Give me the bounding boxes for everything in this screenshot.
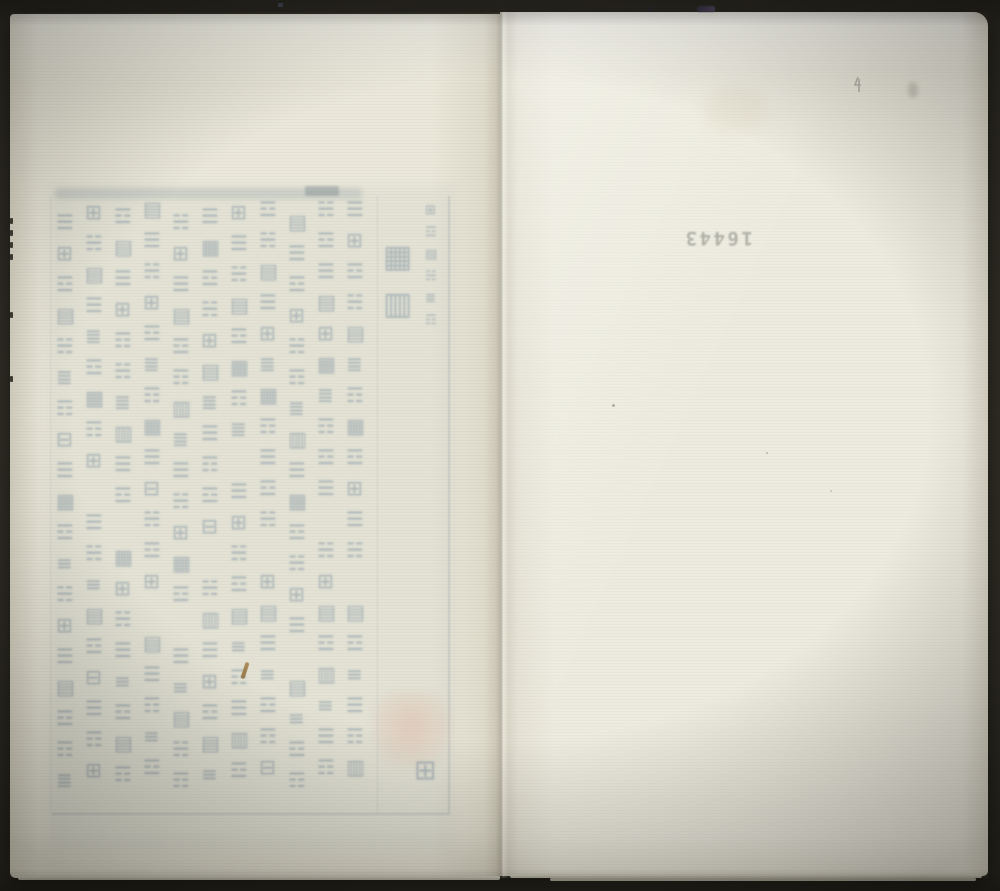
bleed-column: ☲▤☰⊞☶☵≣▥☰☲ ▦⊞☵☰≡☲▤☶ [114,201,140,812]
open-book: ⊞☲▤☵≣☶ ▦▥ ☰⊞☲▤☵≣☶⊟☰▦☲≡☵⊞☰▤☲☶≣⊞☵▤☰≣☲▦☶⊞ ☰… [10,12,988,878]
page-edge-stack [18,876,500,880]
photo-backdrop: { "scene": { "colors": { "backdrop": "#3… [0,0,1000,891]
dust-speck [766,452,768,454]
paper-stain [705,87,767,133]
stitch-mark [10,230,13,236]
ink-mark [697,6,715,12]
ink-dot-mark [278,3,283,7]
dust-speck [612,404,615,407]
bleed-corner-char: ⊞ [414,756,444,786]
page-edge-stack [550,878,976,881]
bleed-column: ☰▦☲☵⊞▤≣☰☶☲⊟ ☵▥☰⊞☲▤≡ [201,201,227,812]
bleed-column: ☵☲☰▤⊞▦≣☶☲☰ ☵⊞▤☲▥≡☰☶ [317,194,343,812]
bleed-column: ☰⊞☲☵▤≣☶▦☲⊞☰☵ ▤☲≡☰☶▥ [346,194,372,812]
bleed-column: ▤☰☲⊞☵☶≣▥☰▦☲☵⊞☰ ▤≡☲☶ [288,207,314,812]
pencil-smudge [908,82,918,98]
stitch-mark [10,376,13,382]
bleed-frame-rule-bottom [52,813,450,815]
bleed-title-column: ▦▥ [383,234,425,434]
stitch-mark [10,218,13,224]
pencil-squiggle-mark [852,76,866,96]
bleed-column: ▤☰☵⊞☲≣☶▦☰⊟☵☲⊞ ▤☰☶≡☲ [143,194,169,812]
bleed-column: ☵⊞☰▤☲☶▥≣☰☵⊞▦☲ ☰≡▤☵☶ [172,207,198,812]
bleedthrough-block: ⊞☲▤☵≣☶ ▦▥ ☰⊞☲▤☵≣☶⊟☰▦☲≡☵⊞☰▤☲☶≣⊞☵▤☰≣☲▦☶⊞ ☰… [50,186,455,850]
left-page: ⊞☲▤☵≣☶ ▦▥ ☰⊞☲▤☵≣☶⊟☰▦☲≡☵⊞☰▤☲☶≣⊞☵▤☰≣☲▦☶⊞ ☰… [10,14,500,878]
bleed-column: ⊞☵▤☰≣☲▦☶⊞ ☰☵≡▤☲⊟☰☶⊞ [85,197,111,812]
bleed-header-column: ⊞☲▤☵≣☶ [425,200,447,350]
accession-stamp: 16443 [680,224,756,252]
bleed-columns: ☰⊞☲▤☵≣☶⊟☰▦☲≡☵⊞☰▤☲☶≣⊞☵▤☰≣☲▦☶⊞ ☰☵≡▤☲⊟☰☶⊞☲▤… [56,194,374,812]
bleed-frame-rule-left [50,196,51,813]
bleed-column: ☰⊞☲▤☵≣☶⊟☰▦☲≡☵⊞☰▤☲☶≣ [56,207,82,812]
bleed-column: ⊞☰☵▤☲▦☶≣ ☰⊞☵☲▤≡☶☰▥☲ [230,197,256,812]
stitch-mark [10,254,13,260]
bleed-column: ☲☵▤☰⊞≣▦☶☰☲☵ ⊞▤☰≡☲☶⊟ [259,194,285,812]
right-page: 16443 [500,12,988,876]
dust-speck [830,490,832,492]
stitch-mark [10,242,13,248]
ink-dot-mark [648,7,653,11]
stitch-mark [10,312,13,318]
